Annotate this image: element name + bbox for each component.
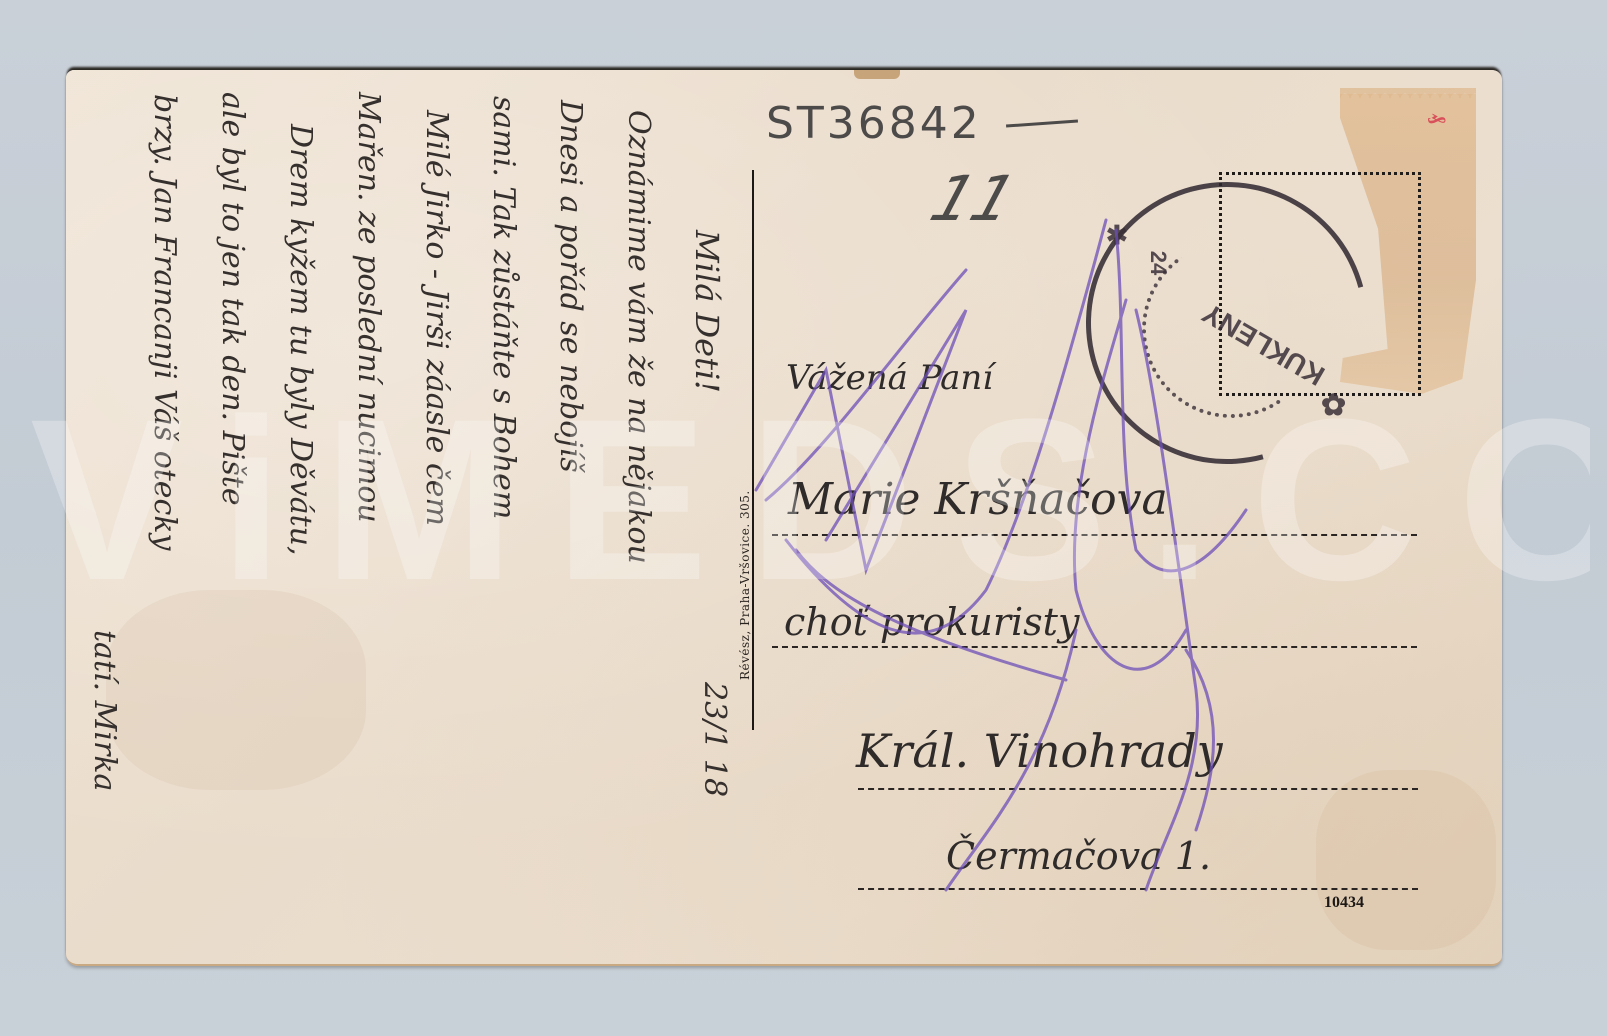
age-stain [106, 590, 366, 790]
address-street: Čermačova 1. [946, 834, 1211, 878]
card-edge-nick [854, 70, 900, 79]
message-line: sami. Tak zůstáňte s Bohem [486, 96, 521, 519]
address-line-2 [772, 646, 1417, 648]
strike-through [1006, 119, 1078, 127]
address-line-4 [858, 888, 1418, 890]
message-line: Oznámime vám že na nějakou [621, 110, 656, 564]
address-salutation: Vážená Paní [786, 358, 993, 398]
card-number: 10434 [1324, 894, 1364, 912]
address-line2: choť prokuristy [784, 600, 1079, 644]
printer-credit: Révész, Praha-Vršovice. 305. [738, 490, 752, 680]
red-ink-mark: ₰ [1427, 114, 1452, 124]
age-stain [1316, 770, 1496, 950]
pencil-mark: 11 [922, 162, 1025, 235]
postmark-flower-icon: ✿ [1321, 388, 1346, 423]
address-line-3 [858, 788, 1418, 790]
message-line: Milé Jirko - Jirši záasle čem [419, 110, 454, 526]
message-date: 23/1 18 [697, 682, 732, 797]
message-line: brzy. Jan Francanji Váš otecky [147, 94, 182, 551]
center-divider [752, 170, 754, 730]
address-name: Marie Kršňačova [788, 474, 1168, 525]
message-line: Dnesi a pořád se nebojíš [553, 100, 588, 473]
address-line-1 [772, 534, 1417, 536]
postmark-date: 24 [1145, 251, 1171, 275]
message-line: Mařen. ze poslední nucimou [351, 92, 386, 523]
message-line: Drem kyžem tu byly Děvátu, [283, 124, 318, 556]
message-line: ale byl to jen tak den. Pište [215, 92, 250, 506]
inventory-code: ST36842 [766, 98, 982, 149]
address-city: Král. Vinohrady [856, 724, 1223, 778]
message-signature: tatí. Mirka [87, 630, 122, 791]
message-greeting: Milá Deti! [688, 230, 726, 393]
postcard-back: ₰ KUKLENY 24 ✱ ✿ ST36842 11 Révész, Prah… [66, 70, 1502, 966]
postmark-star-icon: ✱ [1106, 220, 1128, 251]
